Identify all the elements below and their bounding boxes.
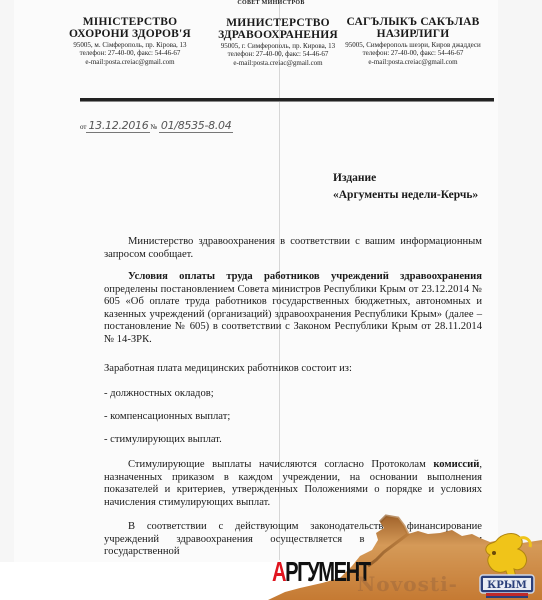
ministry-address: 95005, Симферополь шеэри, Киров джаддеси… bbox=[328, 41, 498, 66]
address-line: 95005, м. Сімферополь, пр. Кірова, 13 bbox=[45, 41, 215, 49]
document-reference: от13.12.2016№ 01/8535-8.04 bbox=[80, 119, 233, 132]
p4-bold: комиссий bbox=[433, 459, 479, 470]
handwritten-number: 01/8535-8.04 bbox=[159, 119, 234, 133]
paragraph-incentive-payments: Стимулирующие выплаты начисляются соглас… bbox=[104, 459, 482, 509]
recipient-block: Издание «Аргументы недели-Керчь» bbox=[333, 170, 478, 204]
ministry-name-line1: САГЪЛЫКЪ САКЪЛАВ bbox=[328, 16, 498, 28]
paragraph-intro: Министерство здравоохранения в соответст… bbox=[104, 236, 482, 261]
list-item: - должностных окладов; bbox=[104, 388, 482, 401]
address-line: 95005, Симферополь шеэри, Киров джаддеси bbox=[328, 41, 498, 49]
paragraph-conditions-bold: Условия оплаты труда работников учрежден… bbox=[128, 271, 482, 282]
letterhead-crimean-tatar: САГЪЛЫКЪ САКЪЛАВ НАЗИРЛИГИ 95005, Симфер… bbox=[328, 16, 498, 66]
letterhead-ukrainian: МІНІСТЕРСТВО ОХОРОНИ ЗДОРОВ'Я 95005, м. … bbox=[45, 16, 215, 66]
paragraph-conditions: Условия оплаты труда работников учрежден… bbox=[104, 271, 482, 346]
email-line: e-mail:posta.creiac@gmail.com bbox=[328, 58, 498, 66]
number-label: № bbox=[150, 123, 157, 131]
paragraph-salary-components: Заработная плата медицинских работников … bbox=[104, 363, 482, 376]
email-line: e-mail:posta.creiac@gmail.com bbox=[45, 58, 215, 66]
paragraph-conditions-text: определены постановлением Совета министр… bbox=[104, 284, 482, 345]
ministry-name-line2: ОХОРОНИ ЗДОРОВ'Я bbox=[45, 28, 215, 40]
ministry-address: 95005, м. Сімферополь, пр. Кірова, 13 те… bbox=[45, 41, 215, 66]
phone-line: телефон: 27-40-00, факс: 54-46-67 bbox=[45, 49, 215, 57]
letterhead-divider bbox=[80, 98, 494, 102]
phone-line: телефон: 27-40-00, факс: 54-46-67 bbox=[328, 49, 498, 57]
list-item: - стимулирующих выплат. bbox=[104, 434, 482, 447]
p4-before: Стимулирующие выплаты начисляются соглас… bbox=[128, 459, 433, 470]
ministry-name-line1: МІНІСТЕРСТВО bbox=[45, 16, 215, 28]
list-item: - компенсационных выплат; bbox=[104, 411, 482, 424]
council-header: СОВЕТ МИНИСТРОВ bbox=[0, 0, 542, 6]
handwritten-date: 13.12.2016 bbox=[86, 119, 150, 133]
page-bottom-margin bbox=[0, 562, 542, 600]
recipient-line2: «Аргументы недели-Керчь» bbox=[333, 187, 478, 204]
ministry-name-line2: НАЗИРЛИГИ bbox=[328, 28, 498, 40]
paragraph-financing: В соответствии с действующим законодател… bbox=[104, 521, 482, 559]
recipient-line1: Издание bbox=[333, 170, 478, 187]
